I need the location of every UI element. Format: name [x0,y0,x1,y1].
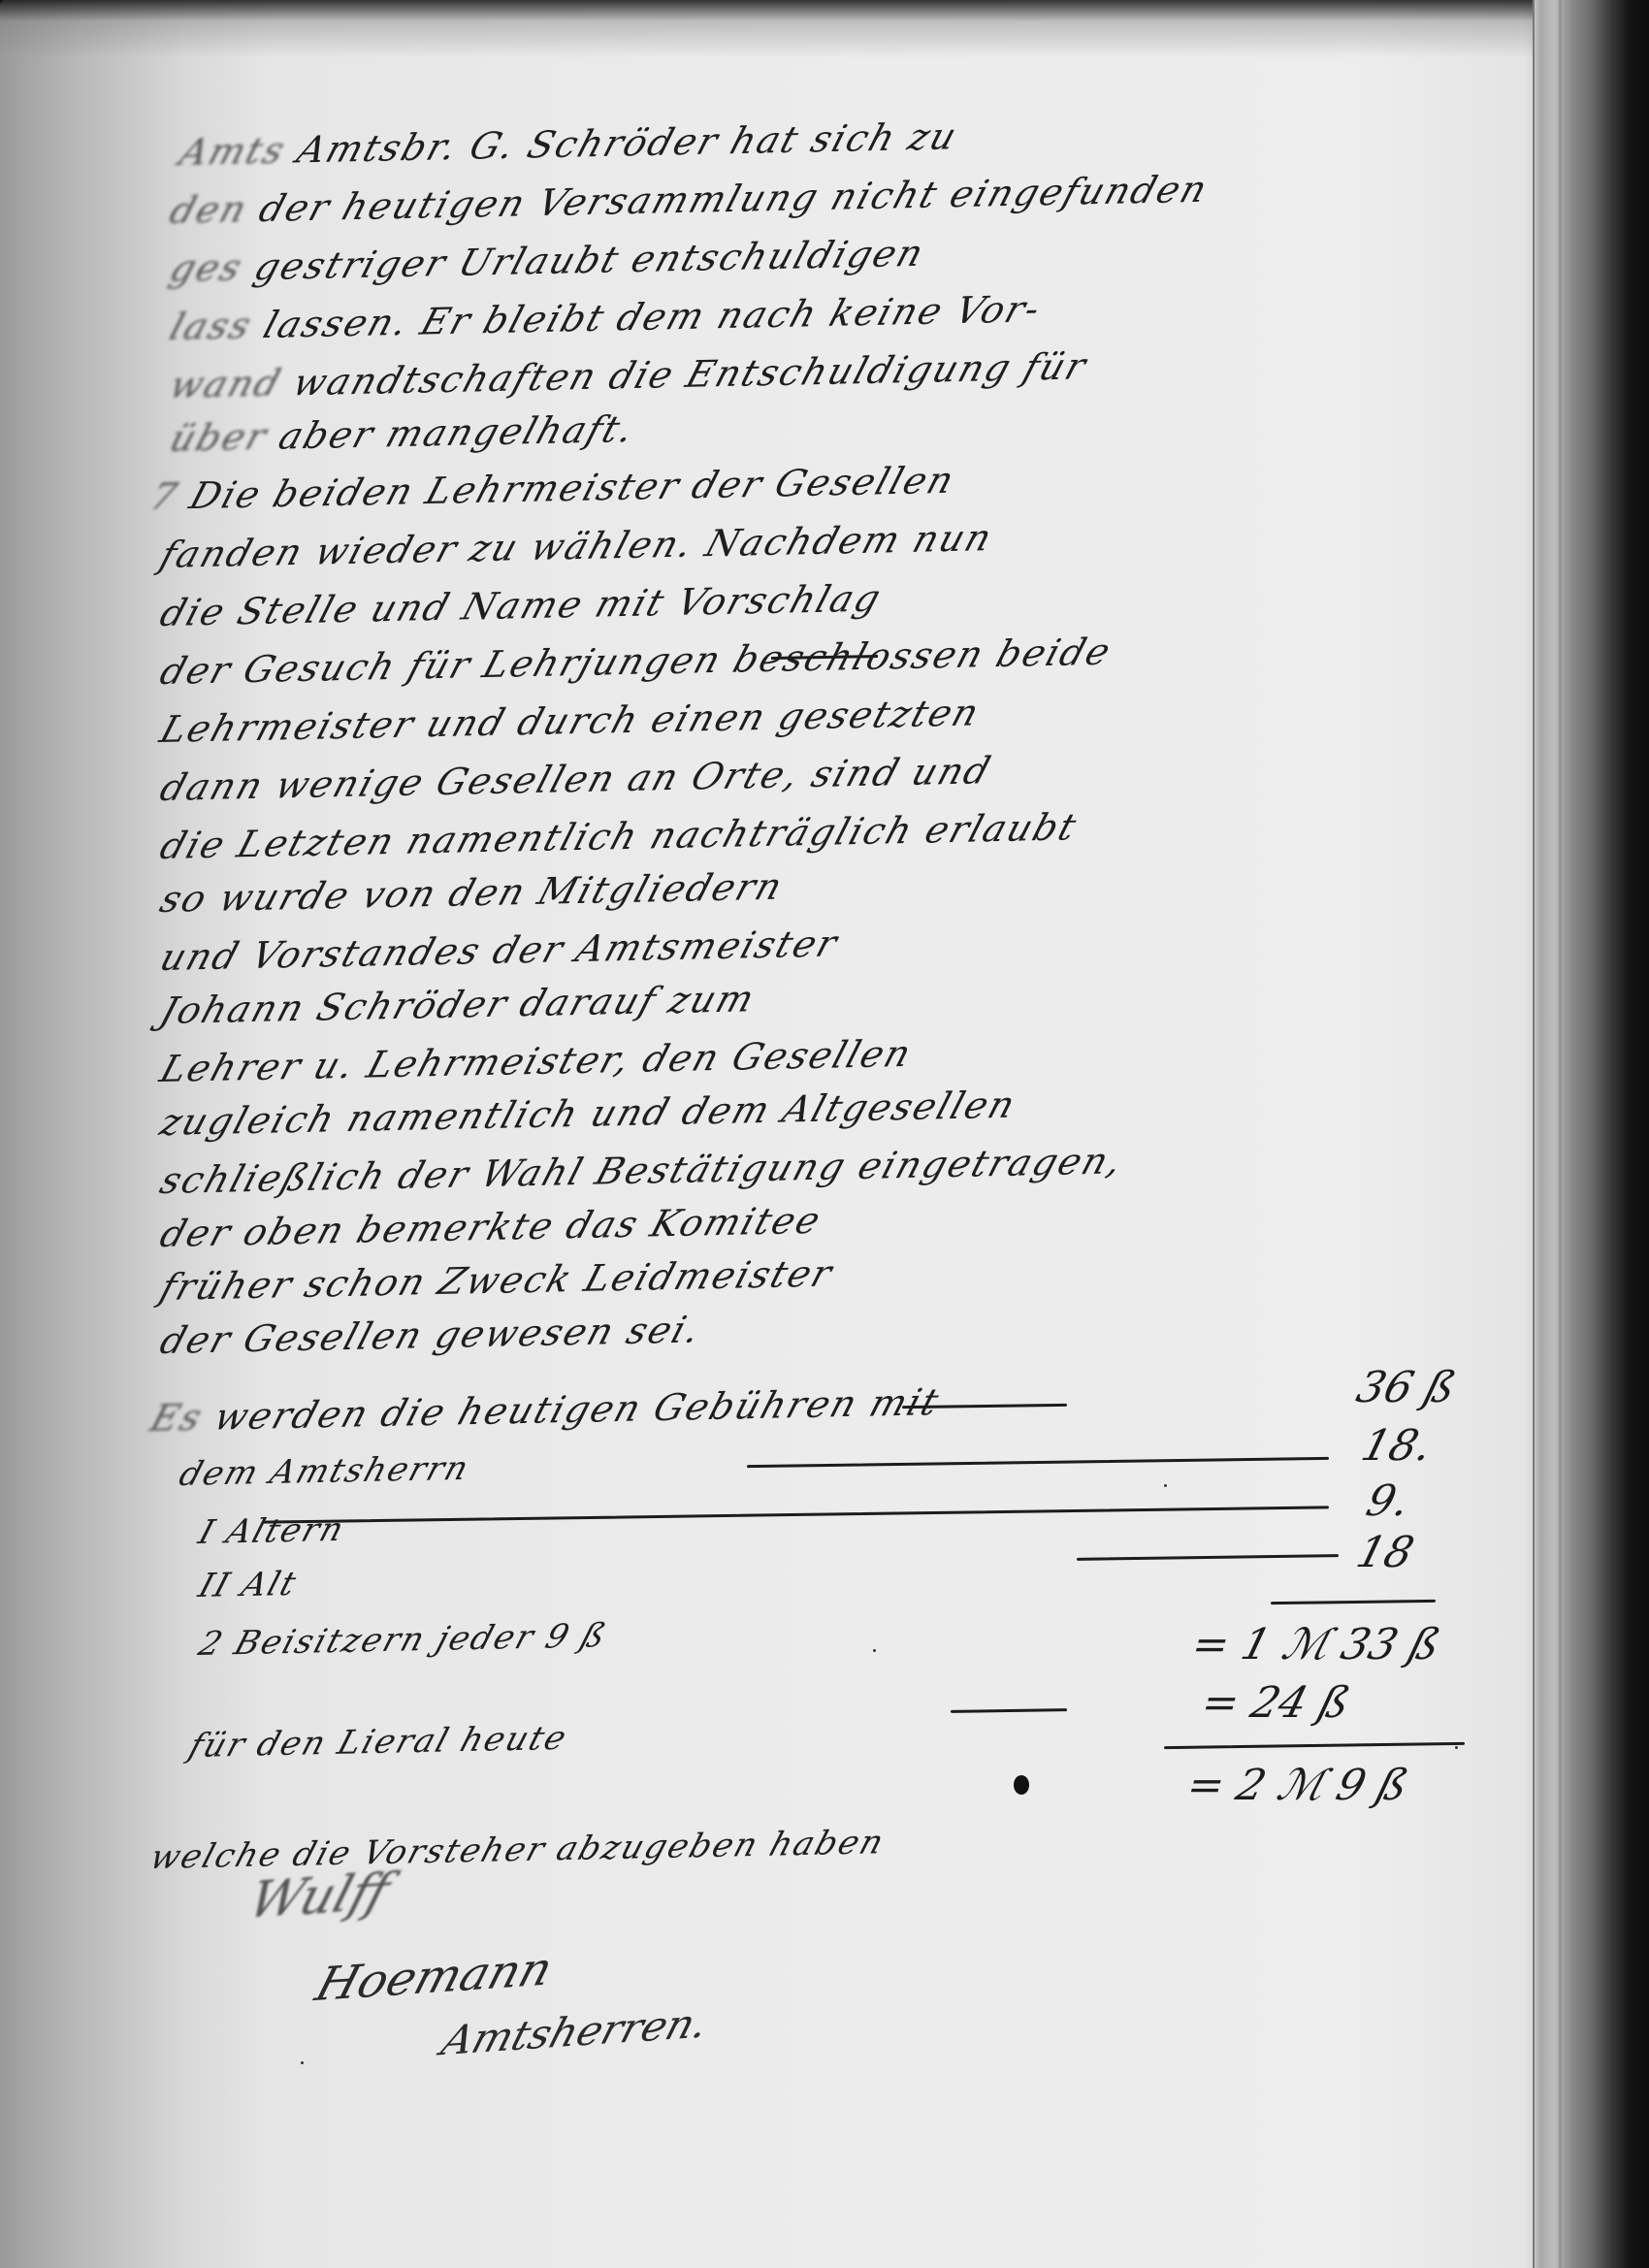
text-line: der Gesellen gewesen sei. [155,1308,707,1362]
ledger-label: für den Lieral heute [184,1719,572,1766]
text-line: die Stelle und Name mit Vorschlag [155,577,888,634]
text-line: Lehrmeister und durch einen gesetzten [155,691,986,751]
text-line: zugleich namentlich und dem Altgesellen [155,1084,1021,1144]
text-line: den der heutigen Versammlung nicht einge… [165,168,1213,232]
signature-wulff: Wulff [242,1863,397,1930]
text-line: dann wenige Gesellen an Orte, sind und [155,749,997,809]
ledger-rule [262,1506,1329,1523]
ink-blot [1014,1775,1029,1795]
text-line: Es werden die heutigen Gebühren mit [145,1380,946,1440]
text-line: die Letzten namentlich nachträglich erla… [155,805,1083,867]
ledger-label: dem Amtsherrn [175,1449,474,1494]
text-line: früher schon Zweck Leidmeister [155,1252,839,1309]
text-line: so wurde von den Mitgliedern [155,865,789,921]
text-line: Johann Schröder darauf zum [155,977,760,1032]
margin-number: 7 [145,474,184,518]
ledger-rule [951,1708,1067,1713]
text-line: über aber mangelhaft. [165,407,640,460]
page-edge [1559,0,1562,2268]
ledger-amount: 18. [1356,1421,1438,1471]
signature-title: Amtsherren. [436,1999,714,2064]
text-line: lass lassen. Er bleibt dem nach keine Vo… [165,287,1047,348]
text-line: Amts Amtsbr. G. Schröder hat sich zu [175,114,963,174]
ledger-amount: = 24 ß [1196,1678,1355,1728]
paper-speck [1164,1484,1167,1487]
paper-speck [1455,1746,1458,1749]
ledger-label: II Alt [194,1565,303,1605]
subtotal-amount: = 1 ℳ 33 ß [1186,1620,1445,1669]
ledger-amount: 18 [1351,1528,1419,1577]
text-line: Lehrer u. Lehrmeister, den Gesellen [155,1032,918,1090]
ledger-rule [747,1457,1329,1468]
sum-rule [1164,1742,1465,1749]
ledger-amount: 36 ß [1351,1363,1461,1412]
ledger-rule [1077,1554,1339,1561]
text-line: fanden wieder zu wählen. Nachdem nun [155,516,998,576]
signature-hoemann: Hoemann [309,1942,559,2012]
text-line: der Gesuch für Lehrjungen beschlossen be… [155,631,1117,693]
paper-speck [301,2061,304,2064]
page-edge [1533,0,1535,2268]
paper-speck [873,1649,876,1652]
text-line: schließlich der Wahl Bestätigung eingetr… [155,1139,1129,1202]
ledger-label: I Altern [194,1510,350,1552]
ledger-label: 2 Beisitzern jeder 9 ß [194,1616,612,1664]
document-page: Amts Amtsbr. G. Schröder hat sich zu den… [0,0,1571,2268]
text-line: ges gestriger Urlaubt entschuldigen [165,232,930,290]
book-binding [1533,0,1649,2268]
text-line: wand wandtschaften die Entschuldigung fü… [165,344,1092,406]
text-line: welche die Vorsteher abzugeben haben [145,1823,889,1877]
ledger-amount: 9. [1361,1476,1415,1526]
text-line: der oben bemerkte das Komitee [155,1199,827,1255]
text-line: 7 Die beiden Lehrmeister der Gesellen [145,459,960,518]
text-line: und Vorstandes der Amtsmeister [155,923,844,979]
total-amount: = 2 ℳ 9 ß [1181,1761,1413,1810]
sum-rule [1271,1600,1436,1604]
